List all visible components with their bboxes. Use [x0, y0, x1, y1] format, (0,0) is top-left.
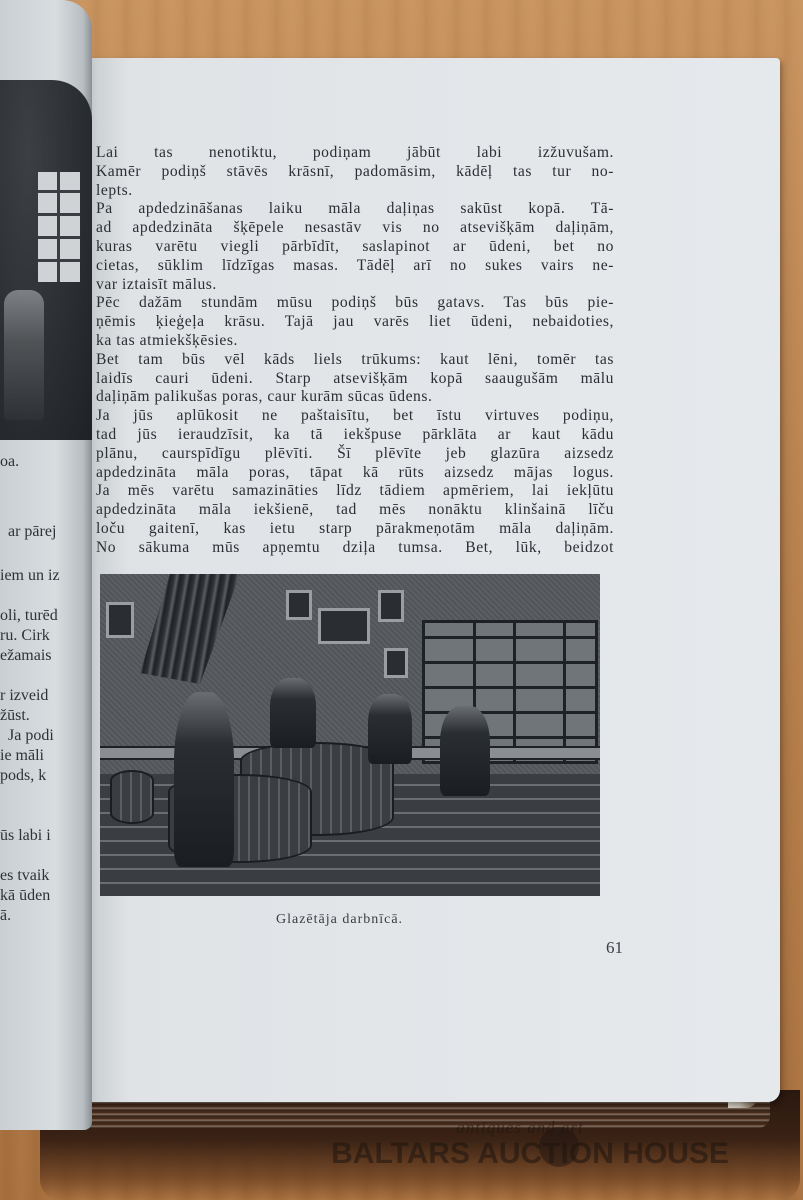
- engraving-barrel: [110, 770, 154, 824]
- engraving-picture-frame: [384, 648, 408, 678]
- text-line: tad jūs ieraudzīsit, ka tā iekšpuse pārk…: [96, 426, 614, 445]
- text-line: Ja mēs varētu samazināties līdz tādiem a…: [96, 482, 614, 501]
- left-fragment: iem un iz: [0, 566, 92, 586]
- left-fragment: oli, turēd: [0, 606, 92, 626]
- text-line: Pēc dažām stundām mūsu podiņš būs gatavs…: [96, 294, 614, 313]
- text-line: Pa apdedzināšanas laiku māla daļiņas sak…: [96, 200, 614, 219]
- left-fragment: r izveid: [0, 686, 92, 706]
- watermark-tagline: antiques and art: [300, 1118, 740, 1138]
- text-line: daļiņām palikušas poras, caur kurām sūca…: [96, 388, 614, 407]
- text-line: lepts.: [96, 182, 614, 201]
- body-text: Lai tas nenotiktu, podiņam jābūt labi iz…: [96, 144, 614, 558]
- text-line: cietas, sūklim līdzīgas masas. Tādēļ arī…: [96, 257, 614, 276]
- text-line: var iztaisīt mālus.: [96, 276, 614, 295]
- left-fragment: žūst.: [0, 706, 92, 726]
- text-line: kuras varētu viegli pārbīdīt, saslapinot…: [96, 238, 614, 257]
- left-fragment: ā.: [0, 906, 92, 926]
- text-line: Ja jūs aplūkosit ne paštaisītu, bet īstu…: [96, 407, 614, 426]
- left-fragment: ie māli: [0, 746, 92, 766]
- text-line: loču gaitenī, kas ietu starp pārakmeņotā…: [96, 520, 614, 539]
- figure-caption: Glazētāja darbnīcā.: [276, 912, 403, 928]
- text-line: laidīs cauri ūdeni. Starp atsevišķām kop…: [96, 370, 614, 389]
- left-fragment: kā ūden: [0, 886, 92, 906]
- text-line: ka tas atmiekšķēsies.: [96, 332, 614, 351]
- left-fragment: Ja podi: [8, 726, 92, 746]
- text-line: Bet tam būs vēl kāds liels trūkums: kaut…: [96, 351, 614, 370]
- engraving-picture-frame: [378, 590, 404, 622]
- engraving-worker: [368, 694, 412, 764]
- left-fragment: pods, k: [0, 766, 92, 786]
- left-fragment: ar pārej: [8, 522, 92, 542]
- text-line: ņēmis ķieģeļa krāsu. Tajā jau varēs liet…: [96, 313, 614, 332]
- engraving-worker: [270, 678, 316, 748]
- text-line: Lai tas nenotiktu, podiņam jābūt labi iz…: [96, 144, 614, 163]
- text-line: plānu, caurspīdīgu plēvīti. Šī plēvīte j…: [96, 445, 614, 464]
- text-line: No sākuma mūs apņemtu dziļa tumsa. Bet, …: [96, 539, 614, 558]
- engraving-worker: [440, 706, 490, 796]
- engraving-worker: [174, 692, 234, 867]
- engraving-picture-frame: [106, 602, 134, 638]
- left-fragment: oa.: [0, 452, 92, 472]
- illustration-window: [38, 172, 80, 282]
- left-page: oa. ar pārej iem un iz oli, turēd ru. Ci…: [0, 0, 92, 1130]
- text-line: ad apdedzināta šķēpele nesastāv vis no a…: [96, 219, 614, 238]
- text-line: Kamēr podiņš stāvēs krāsnī, padomāsim, k…: [96, 163, 614, 182]
- text-line: apdedzināta māla iekšienē, tad mēs nonāk…: [96, 501, 614, 520]
- auction-house-logo-icon: [536, 1104, 582, 1170]
- engraving-picture-frame: [286, 590, 312, 620]
- page-number: 61: [606, 938, 623, 958]
- engraving-picture-frame: [318, 608, 370, 644]
- left-fragment: ežamais: [0, 646, 92, 666]
- left-fragment: es tvaik: [0, 866, 92, 886]
- watermark-name: BALTARS AUCTION HOUSE: [320, 1138, 740, 1170]
- workshop-engraving: [100, 574, 600, 896]
- illustration-figure: [4, 290, 44, 420]
- left-fragment: ru. Cirk: [0, 626, 92, 646]
- watermark: antiques and art BALTARS AUCTION HOUSE: [320, 1118, 740, 1178]
- text-line: apdedzināta māla poras, tāpat kā rūts ai…: [96, 464, 614, 483]
- left-fragment: ūs labi i: [0, 826, 92, 846]
